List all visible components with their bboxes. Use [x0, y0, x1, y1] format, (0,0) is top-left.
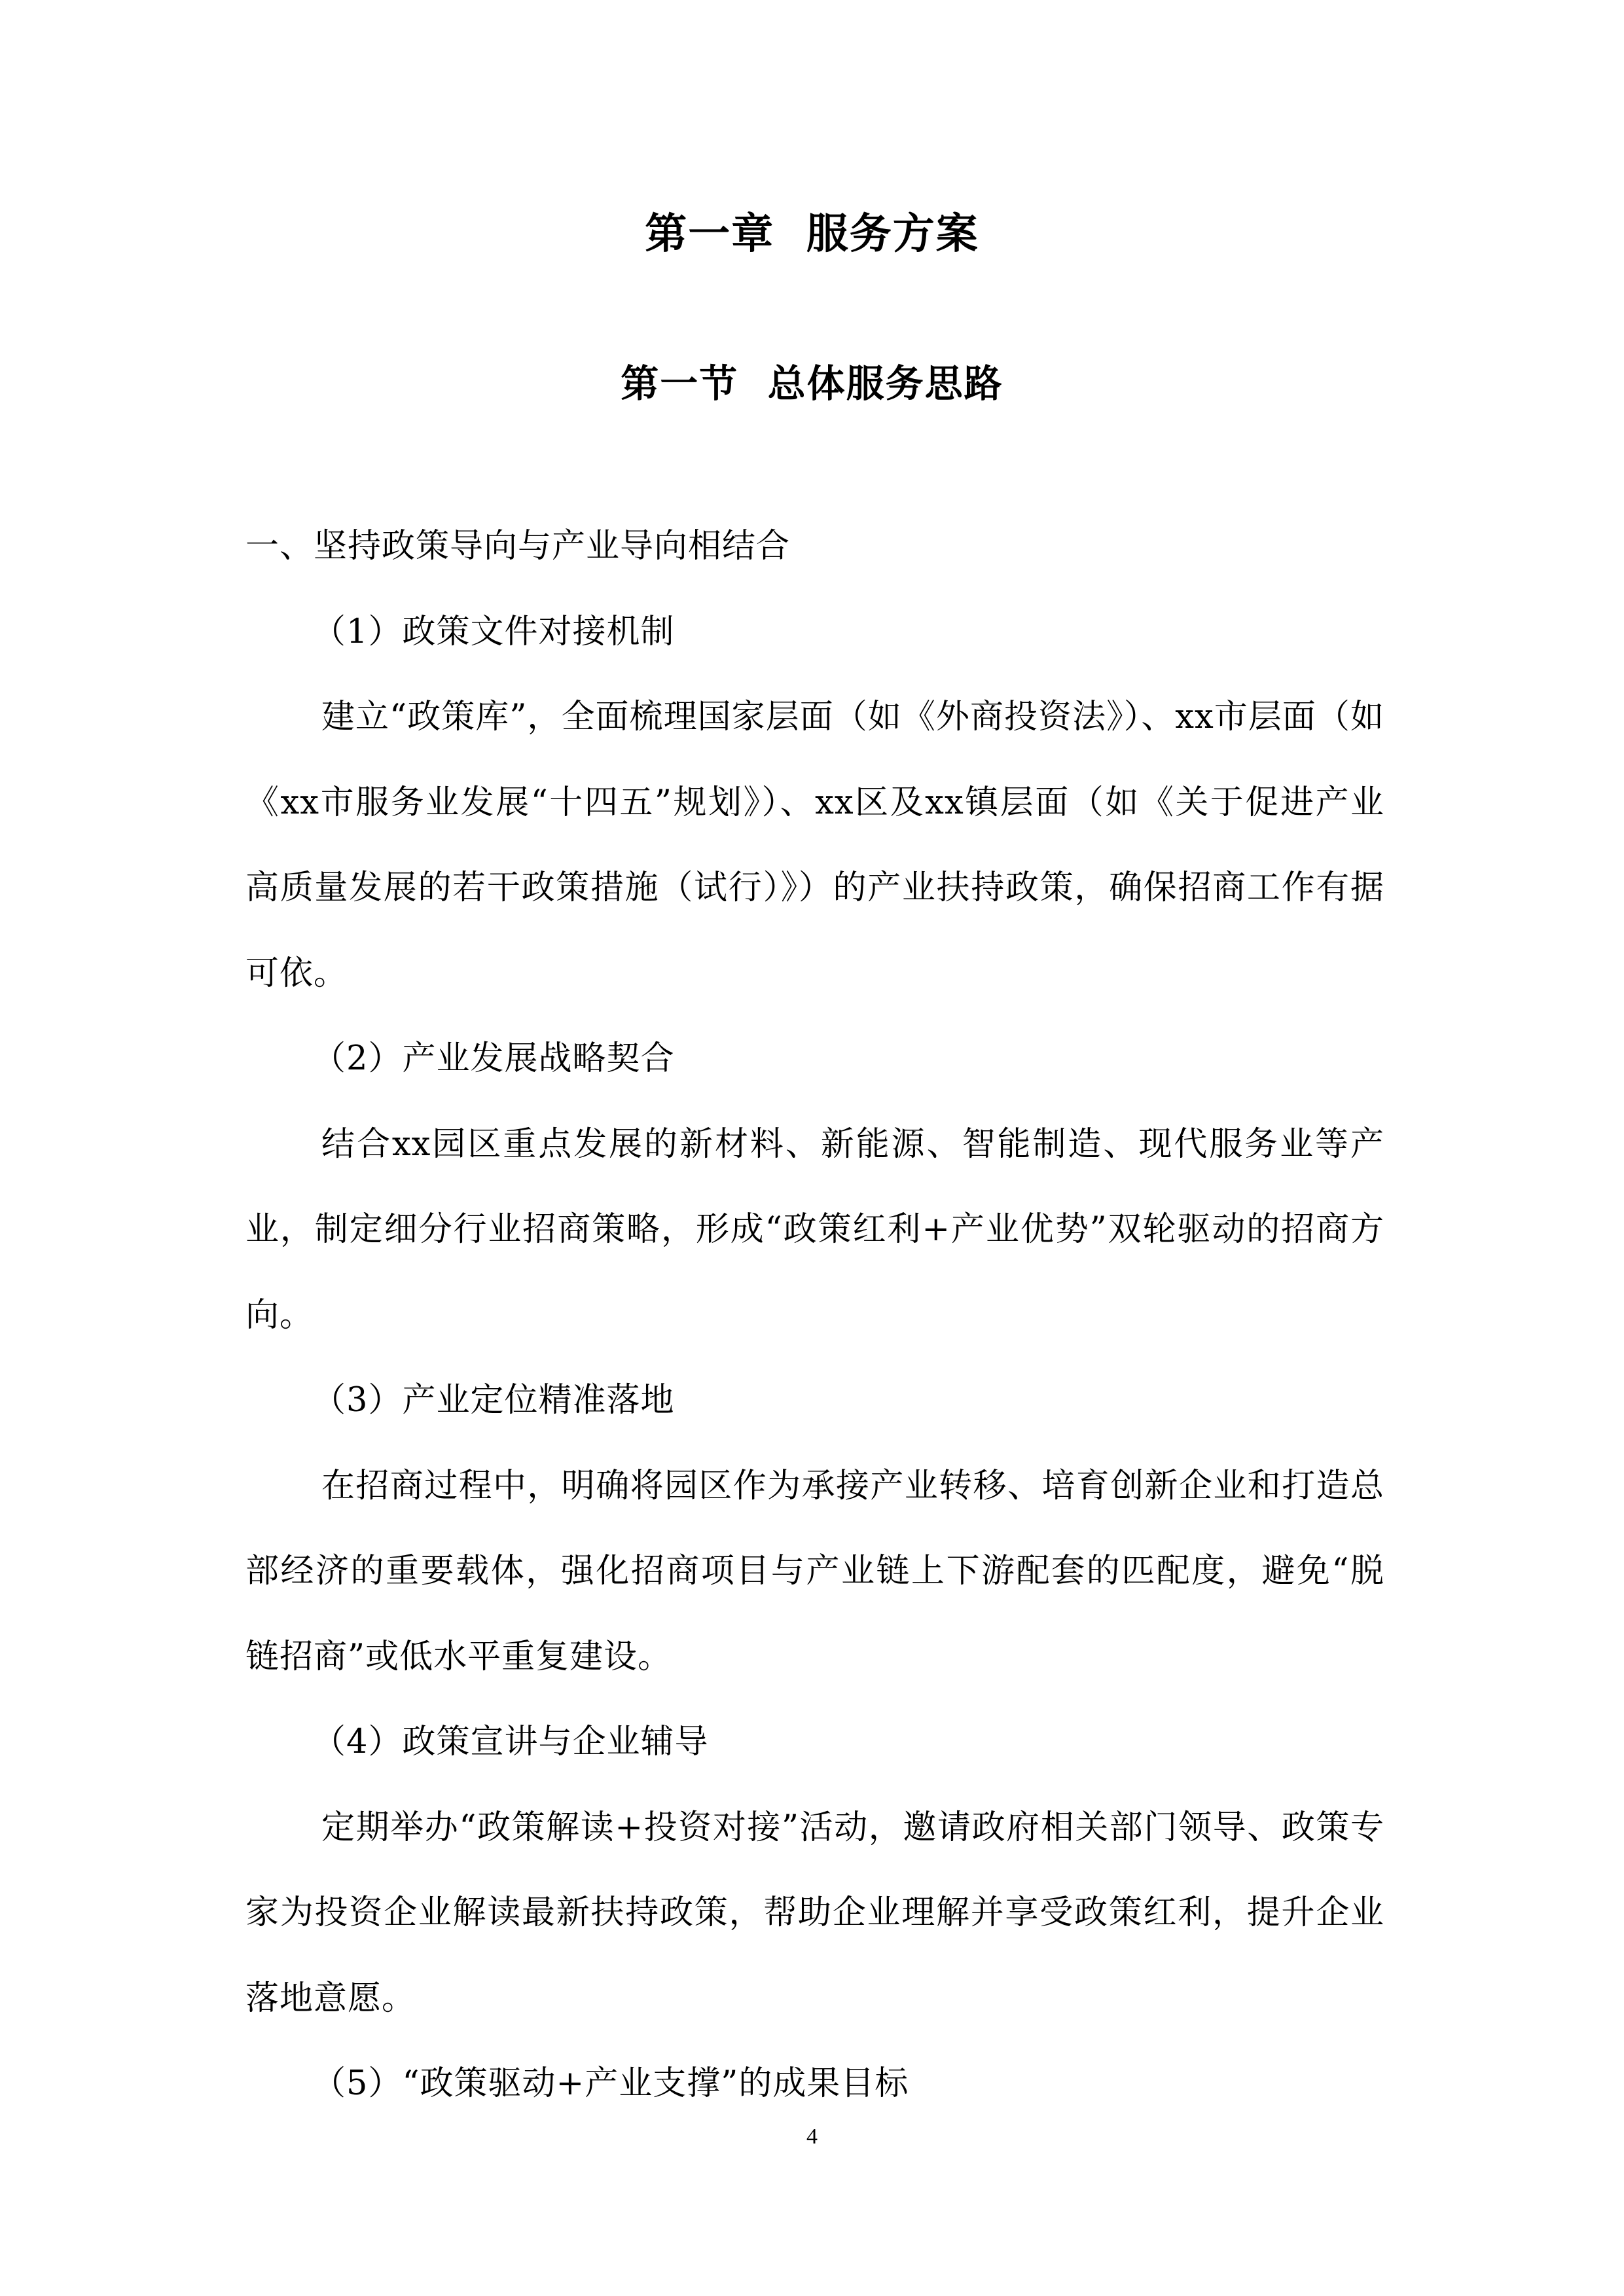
- heading-policy-industry-orientation: 一、坚持政策导向与产业导向相结合: [245, 504, 1384, 590]
- subheading-policy-promotion: （4）政策宣讲与企业辅导: [245, 1700, 1384, 1785]
- document-body: 一、坚持政策导向与产业导向相结合 （1）政策文件对接机制 建立“政策库”，全面梳…: [245, 504, 1384, 2127]
- document-page: 第一章 服务方案 第一节 总体服务思路 一、坚持政策导向与产业导向相结合 （1）…: [0, 0, 1624, 2296]
- subheading-industry-positioning: （3）产业定位精准落地: [245, 1358, 1384, 1444]
- subheading-industry-strategy-alignment: （2）产业发展战略契合: [245, 1016, 1384, 1102]
- subheading-policy-document-mechanism: （1）政策文件对接机制: [245, 590, 1384, 675]
- page-number: 4: [0, 2124, 1624, 2150]
- paragraph-policy-promotion: 定期举办“政策解读+投资对接”活动，邀请政府相关部门领导、政策专家为投资企业解读…: [245, 1785, 1384, 2042]
- subheading-outcome-goals: （5）“政策驱动+产业支撑”的成果目标: [245, 2041, 1384, 2127]
- chapter-title: 第一章 服务方案: [0, 208, 1624, 260]
- paragraph-policy-library: 建立“政策库”，全面梳理国家层面（如《外商投资法》）、xx市层面（如《xx市服务…: [245, 675, 1384, 1016]
- paragraph-industry-strategy: 结合xx园区重点发展的新材料、新能源、智能制造、现代服务业等产业，制定细分行业招…: [245, 1102, 1384, 1359]
- paragraph-industry-positioning: 在招商过程中，明确将园区作为承接产业转移、培育创新企业和打造总部经济的重要载体，…: [245, 1444, 1384, 1700]
- section-title: 第一节 总体服务思路: [0, 359, 1624, 408]
